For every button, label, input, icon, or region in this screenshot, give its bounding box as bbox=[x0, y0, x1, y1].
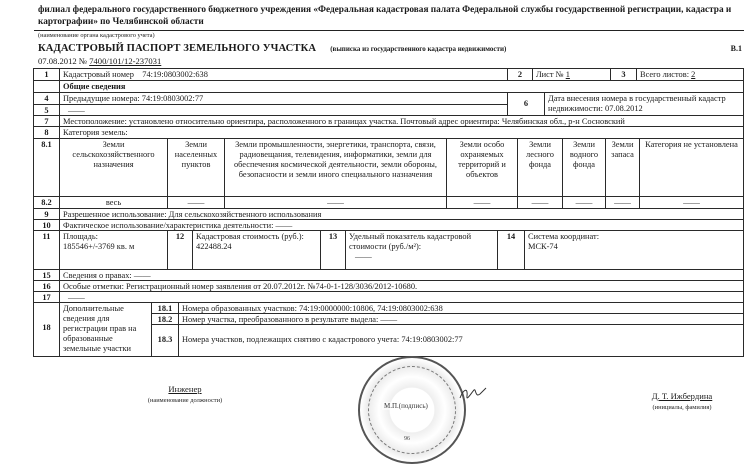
row-5-num: 5 bbox=[34, 105, 60, 116]
signer-position-caption: (наименование должности) bbox=[0, 397, 370, 404]
cadastral-number-label: Кадастровый номер bbox=[63, 70, 134, 79]
previous-numbers: Предыдущие номера: 74:19:0803002:77 bbox=[60, 93, 508, 105]
area-value: 185546+/-3769 кв. м bbox=[63, 242, 164, 252]
actual-use: Фактическое использование/характеристика… bbox=[60, 220, 743, 231]
cadastral-number: Кадастровый номер 74:19:0803002:638 bbox=[60, 69, 508, 81]
category-settlements: Земли населенных пунктов bbox=[168, 139, 225, 197]
category-reserve: Земли запаса bbox=[606, 139, 640, 197]
transformed-plot: Номер участка, преобразованного в резуль… bbox=[179, 314, 743, 325]
row-10-num: 10 bbox=[34, 220, 60, 231]
cadastral-value: Кадастровая стоимость (руб.): 422488.24 bbox=[193, 231, 321, 270]
row-8-1-num: 8.1 bbox=[34, 139, 60, 197]
location: Местоположение: установлено относительно… bbox=[60, 116, 743, 127]
permitted-use: Разрешенное использование: Для сельскохо… bbox=[60, 209, 743, 220]
value-water: —— bbox=[563, 197, 606, 209]
row-9-num: 9 bbox=[34, 209, 60, 220]
general-num-empty bbox=[34, 81, 60, 93]
coordinate-system: Система координат: МСК-74 bbox=[525, 231, 743, 270]
organization-caption: (наименование органа кадастрового учета) bbox=[38, 32, 155, 39]
specific-cadastral-value: Удельный показатель кадастровой стоимост… bbox=[346, 231, 498, 270]
coordinate-system-label: Система координат: bbox=[528, 232, 740, 242]
row-4-num: 4 bbox=[34, 93, 60, 105]
cadastral-number-value: 74:19:0803002:638 bbox=[142, 70, 208, 79]
total-sheets-label: Всего листов: bbox=[640, 70, 689, 79]
document-number-line: 07.08.2012 № 7400/101/12-237031 bbox=[38, 56, 161, 66]
row-7-num: 7 bbox=[34, 116, 60, 127]
seal-inner-ring bbox=[368, 366, 456, 454]
specific-value-label: Удельный показатель кадастровой стоимост… bbox=[349, 232, 494, 252]
signer-name-caption: (инициалы, фамилия) bbox=[622, 404, 742, 411]
row-5-value: —— bbox=[60, 105, 508, 116]
value-not-set: —— bbox=[640, 197, 743, 209]
signer-name-value: Д. Т. Ижбердина bbox=[652, 391, 713, 401]
signer-position: Инженер bbox=[0, 384, 370, 394]
row-12-num: 12 bbox=[168, 231, 193, 270]
category-water: Земли водного фонда bbox=[563, 139, 606, 197]
sheet-number-value: 1 bbox=[566, 70, 570, 79]
rights-info: Сведения о правах: —— bbox=[60, 270, 743, 281]
sheet-number: Лист № 1 bbox=[533, 69, 611, 81]
row-2-num: 2 bbox=[508, 69, 533, 81]
number-entry-date: Дата внесения номера в государственный к… bbox=[545, 93, 743, 116]
cadastral-table: 1 Кадастровый номер 74:19:0803002:638 2 … bbox=[33, 68, 744, 357]
row-16-num: 16 bbox=[34, 281, 60, 292]
row-18-2-num: 18.2 bbox=[152, 314, 179, 325]
general-info-heading: Общие сведения bbox=[60, 81, 743, 93]
row-15-num: 15 bbox=[34, 270, 60, 281]
value-reserve: —— bbox=[606, 197, 640, 209]
document-subtitle: (выписка из государственного кадастра не… bbox=[330, 45, 506, 53]
area-label: Площадь: bbox=[63, 232, 164, 242]
row-17-value: —— bbox=[60, 292, 743, 303]
row-17-num: 17 bbox=[34, 292, 60, 303]
row-18-1-num: 18.1 bbox=[152, 303, 179, 314]
row-8-num: 8 bbox=[34, 127, 60, 139]
document-title: КАДАСТРОВЫЙ ПАСПОРТ ЗЕМЕЛЬНОГО УЧАСТКА bbox=[38, 43, 316, 54]
category-agricultural: Земли сельскохозяйственного назначения bbox=[60, 139, 168, 197]
row-3-num: 3 bbox=[611, 69, 637, 81]
category-industry: Земли промышленности, энергетики, трансп… bbox=[225, 139, 447, 197]
total-sheets: Всего листов: 2 bbox=[637, 69, 743, 81]
formed-plots: Номера образованных участков: 74:19:0000… bbox=[179, 303, 743, 314]
cadastral-value-label: Кадастровая стоимость (руб.): bbox=[196, 232, 317, 242]
official-seal: М.П.(подпись) 96 bbox=[358, 356, 466, 464]
category-forest: Земли лесного фонда bbox=[518, 139, 563, 197]
seal-label: М.П.(подпись) bbox=[382, 402, 430, 410]
category-protected: Земли особо охраняемых территорий и объе… bbox=[447, 139, 518, 197]
signer-position-value: Инженер bbox=[168, 384, 201, 394]
specific-value-amount: —— bbox=[349, 252, 494, 262]
plots-to-remove: Номера участков, подлежащих снятию с кад… bbox=[179, 325, 743, 356]
coordinate-system-value: МСК-74 bbox=[528, 242, 740, 252]
value-agricultural: весь bbox=[60, 197, 168, 209]
total-sheets-value: 2 bbox=[691, 70, 695, 79]
signer-name: Д. Т. Ижбердина bbox=[622, 391, 742, 401]
divider bbox=[34, 30, 744, 31]
row-11-num: 11 bbox=[34, 231, 60, 270]
row-18-num: 18 bbox=[34, 303, 60, 356]
row-18-3-num: 18.3 bbox=[152, 325, 179, 356]
value-forest: —— bbox=[518, 197, 563, 209]
row-8-2-num: 8.2 bbox=[34, 197, 60, 209]
title-row: КАДАСТРОВЫЙ ПАСПОРТ ЗЕМЕЛЬНОГО УЧАСТКА (… bbox=[38, 43, 744, 57]
sheet-number-label: Лист № bbox=[536, 70, 564, 79]
row-6-num: 6 bbox=[508, 93, 545, 116]
category-not-set: Категория не установлена bbox=[640, 139, 743, 197]
value-industry: —— bbox=[225, 197, 447, 209]
signature-icon bbox=[458, 384, 488, 404]
land-category-label: Категория земель: bbox=[60, 127, 743, 139]
area: Площадь: 185546+/-3769 кв. м bbox=[60, 231, 168, 270]
value-settlements: —— bbox=[168, 197, 225, 209]
seal-number: 96 bbox=[404, 436, 410, 442]
additional-info-label: Дополнительные сведения для регистрации … bbox=[60, 303, 152, 356]
special-notes: Особые отметки: Регистрационный номер за… bbox=[60, 281, 743, 292]
form-code: В.1 bbox=[731, 44, 742, 53]
cadastral-value-amount: 422488.24 bbox=[196, 242, 317, 252]
value-protected: —— bbox=[447, 197, 518, 209]
organization-name: филиал федерального государственного бюд… bbox=[38, 4, 743, 28]
row-13-num: 13 bbox=[321, 231, 346, 270]
row-1-num: 1 bbox=[34, 69, 60, 81]
row-14-num: 14 bbox=[498, 231, 525, 270]
document-number: 7400/101/12-237031 bbox=[89, 56, 161, 66]
document-date: 07.08.2012 № bbox=[38, 56, 87, 66]
